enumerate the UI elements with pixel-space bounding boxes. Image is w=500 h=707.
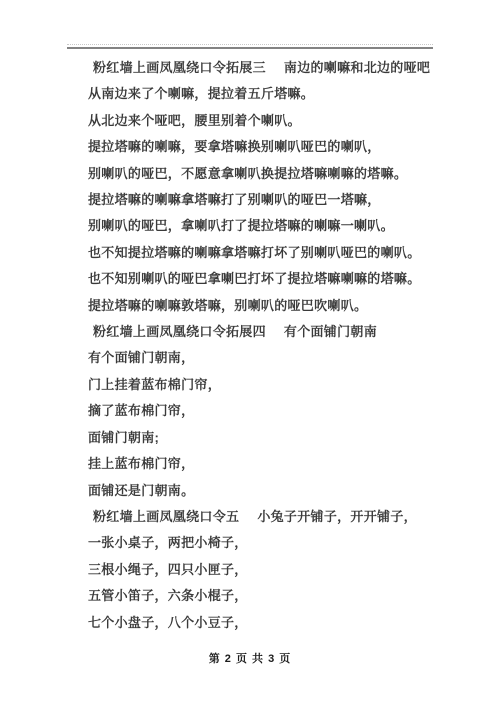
paragraph-line: 面铺门朝南;	[88, 425, 442, 451]
paragraph-line: 也不知别喇叭的哑巴拿喇巴打坏了提拉塔嘛喇嘛的塔嘛。	[88, 266, 442, 292]
section-heading-label: 粉红墙上画凤凰绕口令五	[93, 509, 239, 524]
section-heading: 粉红墙上画凤凰绕口令五小兔子开铺子，开开铺子，	[88, 504, 442, 530]
paragraph-line: 也不知提拉塔嘛的喇嘛拿塔嘛打坏了别喇叭哑巴的喇叭。	[88, 240, 442, 266]
paragraph-line: 三根小绳子，四只小匣子，	[88, 557, 442, 583]
paragraph-line: 面铺还是门朝南。	[88, 478, 442, 504]
paragraph-line: 别喇叭的哑巴，拿喇叭打了提拉塔嘛的喇嘛一喇叭。	[88, 213, 442, 239]
page-number: 第 2 页 共 3 页	[0, 650, 500, 666]
section-heading-tail: 有个面铺门朝南	[284, 324, 377, 339]
document-page: 粉红墙上画凤凰绕口令拓展三南边的喇嘛和北边的哑吧 从南边来了个喇嘛，提拉着五斤塔…	[0, 0, 500, 707]
paragraph-line: 提拉塔嘛的喇嘛敦塔嘛，别喇叭的哑巴吹喇叭。	[88, 293, 442, 319]
section-heading-label: 粉红墙上画凤凰绕口令拓展三	[93, 60, 266, 75]
header-rule	[67, 44, 433, 49]
paragraph-line: 有个面铺门朝南，	[88, 345, 442, 371]
paragraph-line: 从北边来个哑吧，腰里别着个喇叭。	[88, 108, 442, 134]
paragraph-line: 从南边来了个喇嘛，提拉着五斤塔嘛。	[88, 81, 442, 107]
section-heading: 粉红墙上画凤凰绕口令拓展三南边的喇嘛和北边的哑吧	[88, 55, 442, 81]
paragraph-line: 一张小桌子，两把小椅子，	[88, 530, 442, 556]
paragraph-line: 五管小笛子，六条小棍子，	[88, 583, 442, 609]
paragraph-line: 七个小盘子，八个小豆子，	[88, 610, 442, 636]
paragraph-line: 摘了蓝布棉门帘，	[88, 398, 442, 424]
section-heading: 粉红墙上画凤凰绕口令拓展四有个面铺门朝南	[88, 319, 442, 345]
section-heading-label: 粉红墙上画凤凰绕口令拓展四	[93, 324, 266, 339]
paragraph-line: 提拉塔嘛的喇嘛拿塔嘛打了别喇叭的哑巴一塔嘛，	[88, 187, 442, 213]
section-heading-tail: 小兔子开铺子，开开铺子，	[257, 509, 417, 524]
paragraph-line: 别喇叭的哑巴，不愿意拿喇叭换提拉塔嘛喇嘛的塔嘛。	[88, 161, 442, 187]
paragraph-line: 提拉塔嘛的喇嘛，要拿塔嘛换别喇叭哑巴的喇叭，	[88, 134, 442, 160]
paragraph-line: 挂上蓝布棉门帘，	[88, 451, 442, 477]
document-body: 粉红墙上画凤凰绕口令拓展三南边的喇嘛和北边的哑吧 从南边来了个喇嘛，提拉着五斤塔…	[88, 55, 442, 636]
section-heading-tail: 南边的喇嘛和北边的哑吧	[284, 60, 430, 75]
paragraph-line: 门上挂着蓝布棉门帘，	[88, 372, 442, 398]
